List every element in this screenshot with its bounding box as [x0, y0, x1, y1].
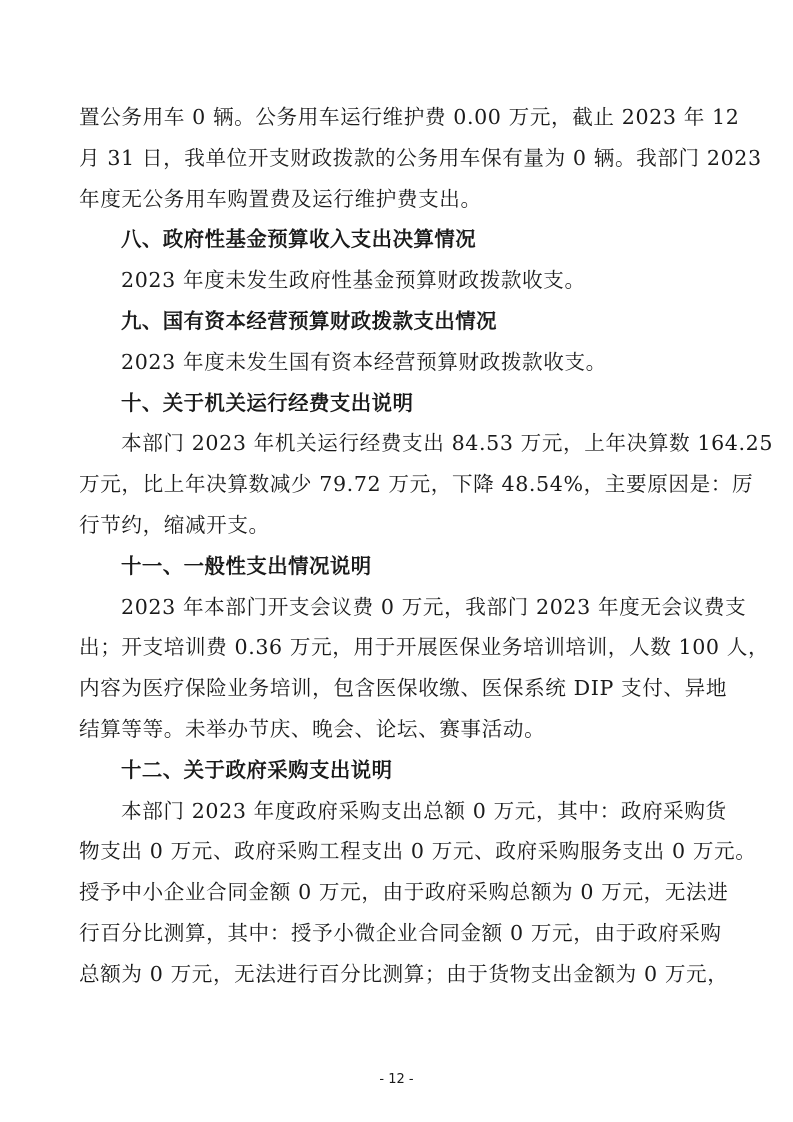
section-general-expenditure: 十一、一般性支出情况说明 2023 年本部门开支会议费 0 万元，我部门 202… [79, 546, 719, 750]
text-line: 本部门 2023 年机关运行经费支出 84.53 万元，上年决算数 164.25 [79, 423, 719, 464]
text-line: 本部门 2023 年度政府采购支出总额 0 万元，其中：政府采购货 [79, 791, 719, 832]
text-line: 2023 年度未发生政府性基金预算财政拨款收支。 [79, 260, 719, 301]
text-line: 行节约，缩减开支。 [79, 505, 719, 546]
paragraph-vehicle-costs: 置公务用车 0 辆。公务用车运行维护费 0.00 万元，截止 2023 年 12… [79, 97, 719, 219]
section-government-fund-budget: 八、政府性基金预算收入支出决算情况 2023 年度未发生政府性基金预算财政拨款收… [79, 219, 719, 301]
section-state-capital-budget: 九、国有资本经营预算财政拨款支出情况 2023 年度未发生国有资本经营预算财政拨… [79, 301, 719, 383]
text-line: 行百分比测算，其中：授予小微企业合同金额 0 万元，由于政府采购 [79, 913, 719, 954]
text-line: 授予中小企业合同金额 0 万元，由于政府采购总额为 0 万元，无法进 [79, 872, 719, 913]
text-line: 出；开支培训费 0.36 万元，用于开展医保业务培训培训，人数 100 人， [79, 627, 719, 668]
text-line: 万元，比上年决算数减少 79.72 万元，下降 48.54%，主要原因是：厉 [79, 464, 719, 505]
text-line: 内容为医疗保险业务培训，包含医保收缴、医保系统 DIP 支付、异地 [79, 668, 719, 709]
text-line: 月 31 日，我单位开支财政拨款的公务用车保有量为 0 辆。我部门 2023 [79, 138, 719, 179]
section-heading: 八、政府性基金预算收入支出决算情况 [79, 219, 719, 260]
text-line: 2023 年本部门开支会议费 0 万元，我部门 2023 年度无会议费支 [79, 587, 719, 628]
section-government-procurement: 十二、关于政府采购支出说明 本部门 2023 年度政府采购支出总额 0 万元，其… [79, 750, 719, 995]
page-number: - 12 - [0, 1072, 793, 1087]
text-line: 结算等等。未举办节庆、晚会、论坛、赛事活动。 [79, 709, 719, 750]
section-heading: 十二、关于政府采购支出说明 [79, 750, 719, 791]
section-heading: 十一、一般性支出情况说明 [79, 546, 719, 587]
text-line: 置公务用车 0 辆。公务用车运行维护费 0.00 万元，截止 2023 年 12 [79, 97, 719, 138]
document-page: 置公务用车 0 辆。公务用车运行维护费 0.00 万元，截止 2023 年 12… [79, 97, 719, 995]
section-operating-expenses: 十、关于机关运行经费支出说明 本部门 2023 年机关运行经费支出 84.53 … [79, 383, 719, 546]
section-heading: 十、关于机关运行经费支出说明 [79, 383, 719, 424]
text-line: 物支出 0 万元、政府采购工程支出 0 万元、政府采购服务支出 0 万元。 [79, 831, 719, 872]
text-line: 2023 年度未发生国有资本经营预算财政拨款收支。 [79, 342, 719, 383]
text-line: 年度无公务用车购置费及运行维护费支出。 [79, 179, 719, 220]
text-line: 总额为 0 万元，无法进行百分比测算；由于货物支出金额为 0 万元， [79, 954, 719, 995]
section-heading: 九、国有资本经营预算财政拨款支出情况 [79, 301, 719, 342]
